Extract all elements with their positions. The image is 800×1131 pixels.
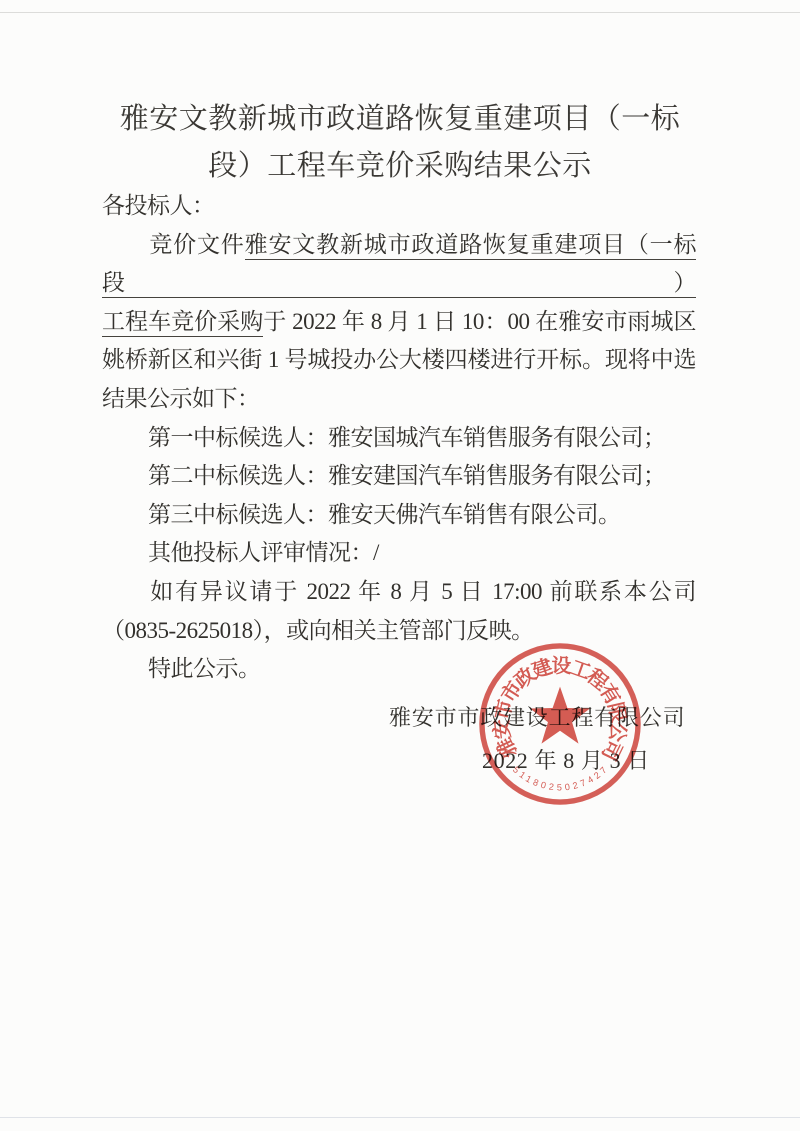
other-bidders-note: 其他投标人评审情况：/ [102, 534, 696, 573]
svg-text:5118025027427: 5118025027427 [511, 763, 611, 793]
seal-serial-number: 5118025027427 [511, 763, 611, 793]
salutation: 各投标人： [102, 187, 696, 226]
scan-artifact-line-top [0, 12, 800, 13]
seal-graphics: 雅安市市政建设工程有限公司 5118025027427 [482, 646, 638, 802]
document-body: 各投标人： 竞价文件雅安文教新城市政道路恢复重建项目（一标段） 工程车竞价采购于… [102, 187, 696, 689]
company-seal-stamp-icon: 雅安市市政建设工程有限公司 5118025027427 [477, 641, 643, 807]
star-icon [530, 687, 590, 744]
candidate-third: 第三中标候选人：雅安天佛汽车销售有限公司。 [102, 496, 696, 535]
bid-paragraph-line-1: 竞价文件雅安文教新城市政道路恢复重建项目（一标段） [102, 226, 696, 303]
page-title: 雅安文教新城市政道路恢复重建项目（一标 段）工程车竞价采购结果公示 [60, 96, 740, 190]
document-page: 雅安文教新城市政道路恢复重建项目（一标 段）工程车竞价采购结果公示 各投标人： … [0, 0, 800, 1131]
paragraph-objection: 如有异议请于 2022 年 8 月 5 日 17:00 前联系本公司 （0835… [102, 573, 696, 650]
bid-paragraph-line-2: 工程车竞价采购于 2022 年 8 月 1 日 10：00 在雅安市雨城区 [102, 303, 696, 342]
page-title-line-2: 段）工程车竞价采购结果公示 [60, 143, 740, 190]
bid-paragraph-line-3: 姚桥新区和兴街 1 号城投办公大楼四楼进行开标。现将中选 [102, 341, 696, 380]
scan-artifact-line-bottom [0, 1117, 800, 1118]
objection-line-1: 如有异议请于 2022 年 8 月 5 日 17:00 前联系本公司 [102, 573, 696, 612]
page-title-line-1: 雅安文教新城市政道路恢复重建项目（一标 [60, 96, 740, 143]
bid-paragraph-line-4: 结果公示如下： [102, 380, 696, 419]
objection-contact-text: 如有异议请于 2022 年 8 月 5 日 17:00 前联系本公司 [148, 579, 696, 604]
procurement-name-underlined: 工程车竞价采购 [102, 309, 263, 337]
candidate-first: 第一中标候选人：雅安国城汽车销售服务有限公司； [102, 419, 696, 458]
bid-open-datetime-text: 于 2022 年 8 月 1 日 10：00 在雅安市雨城区 [263, 309, 696, 334]
paragraph-bid-result: 竞价文件雅安文教新城市政道路恢复重建项目（一标段） 工程车竞价采购于 2022 … [102, 226, 696, 419]
bid-doc-lead-text: 竞价文件 [148, 232, 245, 257]
candidate-second: 第二中标候选人：雅安建国汽车销售服务有限公司； [102, 457, 696, 496]
